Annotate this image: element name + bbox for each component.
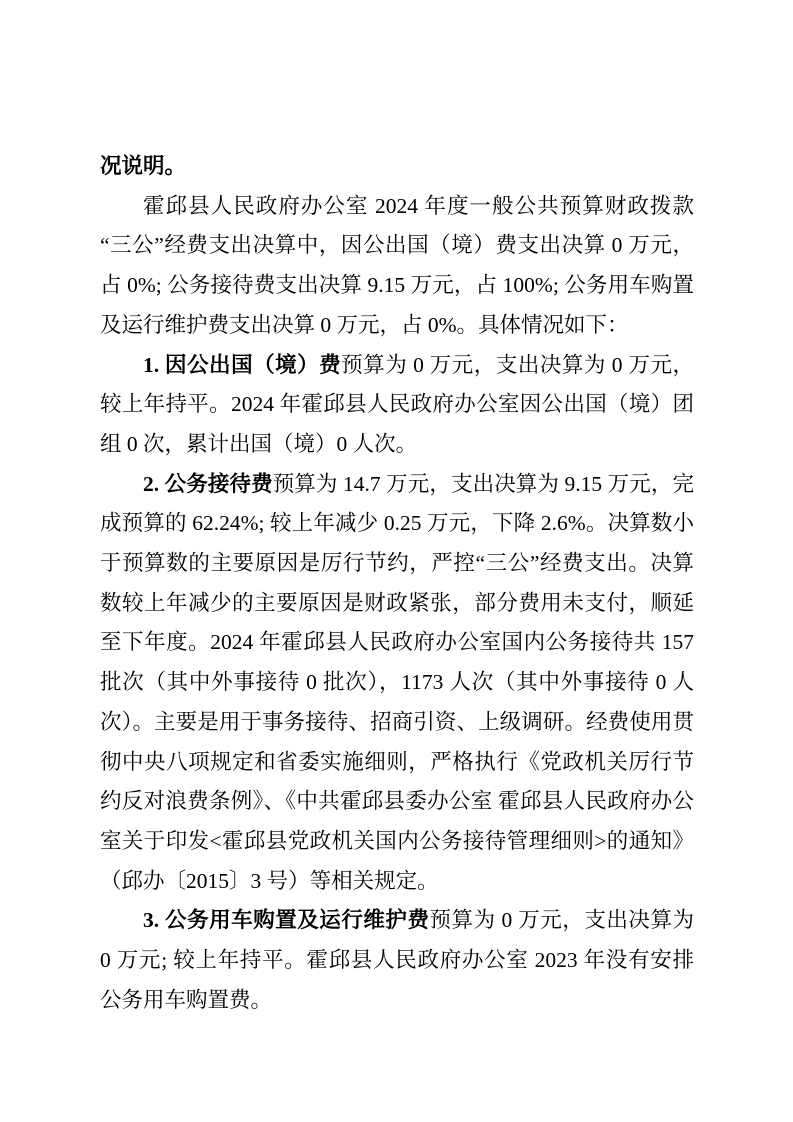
paragraph-item-2-reception-fee: 2. 公务接待费预算为 14.7 万元，支出决算为 9.15 万元，完成预算的 … xyxy=(100,465,694,902)
document-page: 况说明。 霍邱县人民政府办公室 2024 年度一般公共预算财政拨款“三公”经费支… xyxy=(0,0,793,1122)
paragraph-item-1-abroad-fee: 1. 因公出国（境）费预算为 0 万元，支出决算为 0 万元，较上年持平。202… xyxy=(100,346,694,465)
item-2-text: 预算为 14.7 万元，支出决算为 9.15 万元，完成预算的 62.24%; … xyxy=(100,472,694,893)
paragraph-overview-text: 霍邱县人民政府办公室 2024 年度一般公共预算财政拨款“三公”经费支出决算中，… xyxy=(100,194,694,337)
section-heading-fragment: 况说明。 xyxy=(100,147,694,187)
item-3-title: 3. 公务用车购置及运行维护费 xyxy=(143,908,430,932)
paragraph-item-3-vehicle-fee: 3. 公务用车购置及运行维护费预算为 0 万元，支出决算为 0 万元; 较上年持… xyxy=(100,901,694,1020)
paragraph-overview: 霍邱县人民政府办公室 2024 年度一般公共预算财政拨款“三公”经费支出决算中，… xyxy=(100,187,694,346)
item-2-title: 2. 公务接待费 xyxy=(143,472,273,496)
item-1-title: 1. 因公出国（境）费 xyxy=(143,353,341,377)
document-body: 况说明。 霍邱县人民政府办公室 2024 年度一般公共预算财政拨款“三公”经费支… xyxy=(100,147,694,1020)
